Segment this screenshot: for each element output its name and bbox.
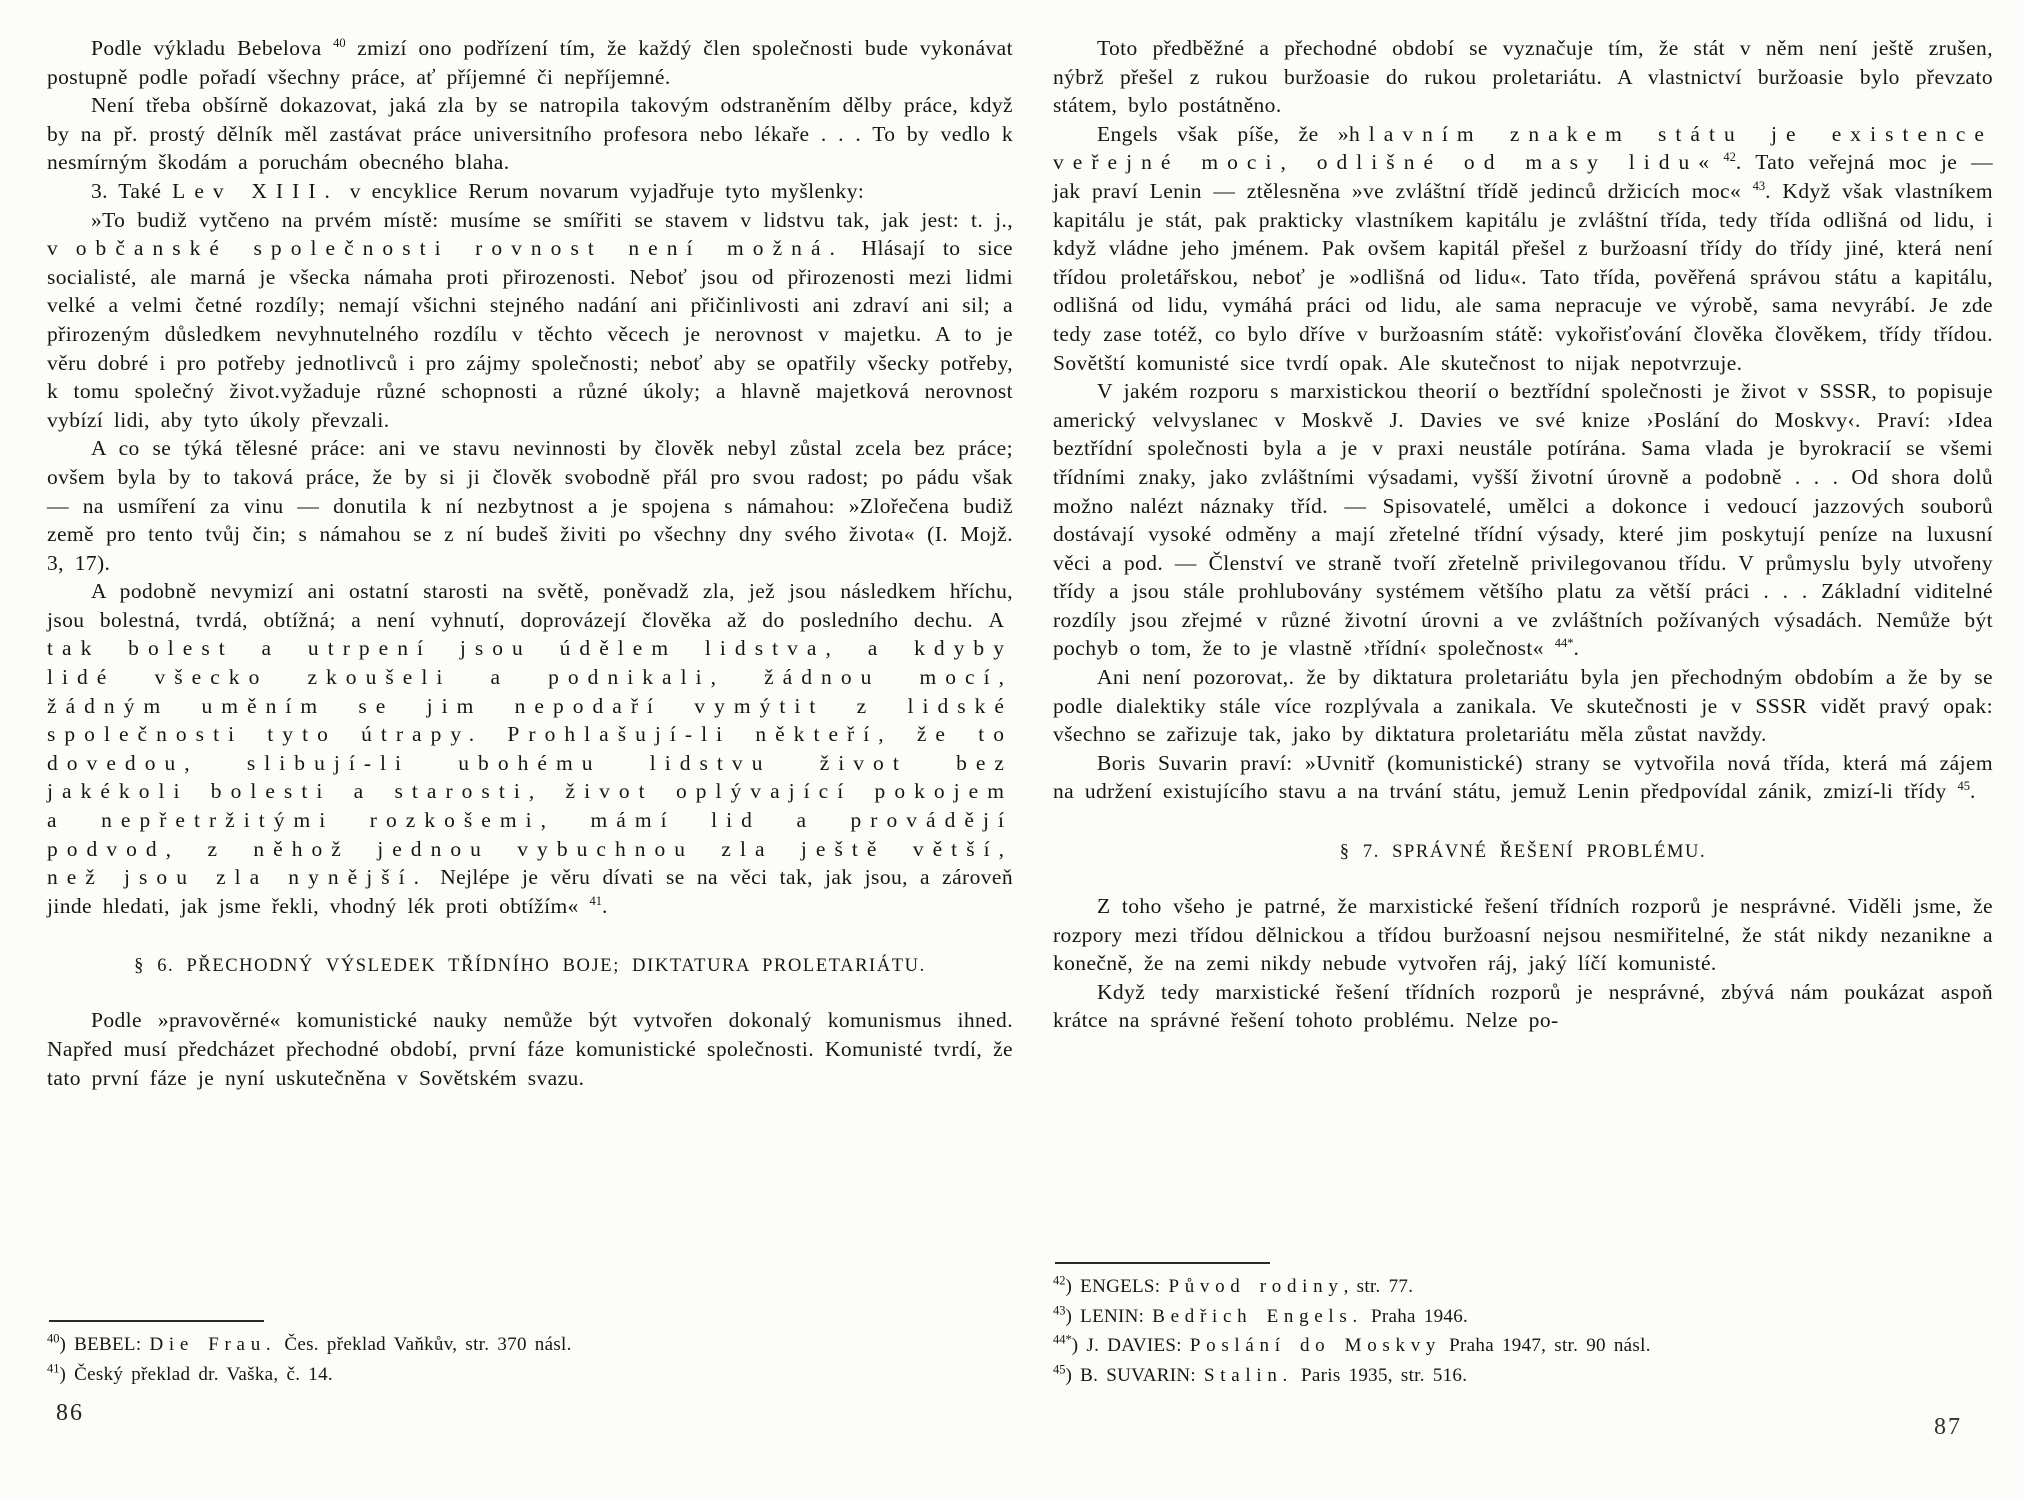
footnote: 41) Český překlad dr. Vaška, č. 14. [47,1361,1013,1389]
text-run: V jakém rozporu s marxistickou theorií o… [1053,379,1993,660]
footnote-marker: 40 [47,1332,60,1346]
paragraph: 3. Také Lev XIII. v encyklice Rerum nova… [47,177,1013,206]
paragraph: Boris Suvarin praví: »Uvnitř (komunistic… [1053,749,1993,806]
emphasized-text: Lev XIII. [172,179,339,203]
text-run: , str. 77. [1344,1276,1414,1297]
text-run: . [1573,636,1579,660]
paragraph: A co se týká tělesné práce: ani ve stavu… [47,434,1013,577]
footnote-marker: 43 [1753,179,1766,193]
paragraph: Když tedy marxistické řešení třídních ro… [1053,978,1993,1035]
paragraph: V jakém rozporu s marxistickou theorií o… [1053,377,1993,663]
emphasized-text: občanské společnosti rovnost není možná. [76,236,844,260]
text-run: § 6. PŘECHODNÝ VÝSLEDEK TŘÍDNÍHO BOJE; D… [134,956,926,976]
text-run: ) BEBEL: [60,1334,150,1355]
emphasized-text: Die Frau. [149,1334,276,1355]
footnote: 45) B. SUVARIN: Stalin. Paris 1935, str.… [1053,1362,1993,1390]
page-86-footnotes: 40) BEBEL: Die Frau. Čes. překlad Vaňkův… [47,1320,1013,1390]
emphasized-text: Poslání do Moskvy [1190,1335,1441,1356]
text-run: . [1970,779,1976,803]
text-run: Paris 1935, str. 516. [1293,1365,1467,1386]
footnote-marker: 41 [47,1361,60,1375]
page-87-text: Toto předběžné a přechodné období se vyz… [1053,34,1993,1035]
page-86-text: Podle výkladu Bebelova 40 zmizí ono podř… [47,34,1013,1092]
text-run: A podobně nevymizí ani ostatní starosti … [47,579,1013,632]
paragraph: Engels však píše, že »hlavním znakem stá… [1053,120,1993,377]
paragraph: Podle »pravověrné« komunistické nauky ne… [47,1006,1013,1092]
paragraph: Ani není pozorovat,. že by diktatura pro… [1053,663,1993,749]
paragraph: Z toho všeho je patrné, že marxistické ř… [1053,892,1993,978]
text-run: Podle výkladu Bebelova [91,36,333,60]
text-run: « [1698,150,1723,174]
page-number-87: 87 [1934,1414,1962,1441]
text-run: Praha 1946. [1363,1306,1468,1327]
paragraph: Podle výkladu Bebelova 40 zmizí ono podř… [47,34,1013,91]
footnote-rule [1055,1262,1270,1264]
book-scan-spread: Podle výkladu Bebelova 40 zmizí ono podř… [0,0,2024,1500]
text-run: Boris Suvarin praví: »Uvnitř (komunistic… [1053,751,1993,804]
page-86-footnote-list: 40) BEBEL: Die Frau. Čes. překlad Vaňkův… [47,1331,1013,1388]
emphasized-text: Původ rodiny [1168,1276,1343,1297]
paragraph: Není třeba obšírně dokazovat, jaká zla b… [47,91,1013,177]
paragraph: A podobně nevymizí ani ostatní starosti … [47,577,1013,920]
paragraph: »To budiž vytčeno na prvém místě: musíme… [47,206,1013,435]
paragraph: Toto předběžné a přechodné období se vyz… [1053,34,1993,120]
page-number-86: 86 [56,1400,84,1427]
text-run: Toto předběžné a přechodné období se vyz… [1053,36,1993,117]
text-run: ) ENGELS: [1066,1276,1169,1297]
text-run: . Když však vlastníkem kapitálu je stát,… [1053,179,1993,375]
footnote-marker: 45 [1053,1362,1066,1376]
text-run: ) J. DAVIES: [1072,1335,1190,1356]
text-run: ) LENIN: [1066,1306,1153,1327]
text-run: . [602,894,608,918]
footnote-marker: 42 [1723,150,1736,164]
footnote-rule [49,1320,264,1322]
footnote: 43) LENIN: Bedřich Engels. Praha 1946. [1053,1303,1993,1331]
emphasized-text: Stalin. [1204,1365,1293,1386]
text-run: v encyklice Rerum novarum vyjadřuje tyto… [339,179,864,203]
section-heading: § 7. SPRÁVNÉ ŘEŠENÍ PROBLÉMU. [1053,840,1993,864]
footnote-marker: 44* [1053,1333,1072,1347]
section-heading: § 6. PŘECHODNÝ VÝSLEDEK TŘÍDNÍHO BOJE; D… [47,954,1013,978]
text-run: Ani není pozorovat,. že by diktatura pro… [1053,665,1993,746]
text-run: Podle »pravověrné« komunistické nauky ne… [47,1008,1013,1089]
footnote-marker: 44* [1555,636,1574,650]
footnote-marker: 45 [1957,779,1970,793]
text-run: Čes. překlad Vaňkův, str. 370 násl. [276,1334,571,1355]
text-run: Není třeba obšírně dokazovat, jaká zla b… [47,93,1013,174]
footnote: 42) ENGELS: Původ rodiny, str. 77. [1053,1273,1993,1301]
text-run: Praha 1947, str. 90 násl. [1441,1335,1651,1356]
footnote-marker: 42 [1053,1274,1066,1288]
emphasized-text: A tak bolest a utrpení jsou údělem lidst… [47,608,1013,889]
text-run: Hlásají to sice socialisté, ale marná je… [47,236,1013,432]
text-run: Z toho všeho je patrné, že marxistické ř… [1053,894,1993,975]
text-run: ) B. SUVARIN: [1066,1365,1204,1386]
emphasized-text: Bedřich Engels. [1152,1306,1363,1327]
page-87-footnotes: 42) ENGELS: Původ rodiny, str. 77.43) LE… [1053,1262,1993,1391]
text-run: Když tedy marxistické řešení třídních ro… [1053,980,1993,1033]
page-87-footnote-list: 42) ENGELS: Původ rodiny, str. 77.43) LE… [1053,1273,1993,1389]
footnote-marker: 43 [1053,1303,1066,1317]
text-run: § 7. SPRÁVNÉ ŘEŠENÍ PROBLÉMU. [1340,842,1706,862]
footnote: 44*) J. DAVIES: Poslání do Moskvy Praha … [1053,1332,1993,1360]
text-run: A co se týká tělesné práce: ani ve stavu… [47,436,1013,574]
text-run: Engels však píše, že » [1097,122,1349,146]
footnote-marker: 40 [333,36,346,50]
footnote: 40) BEBEL: Die Frau. Čes. překlad Vaňkův… [47,1331,1013,1359]
text-run: ) Český překlad dr. Vaška, č. 14. [60,1364,333,1385]
text-run: 3. Také [91,179,172,203]
footnote-marker: 41 [590,894,603,908]
